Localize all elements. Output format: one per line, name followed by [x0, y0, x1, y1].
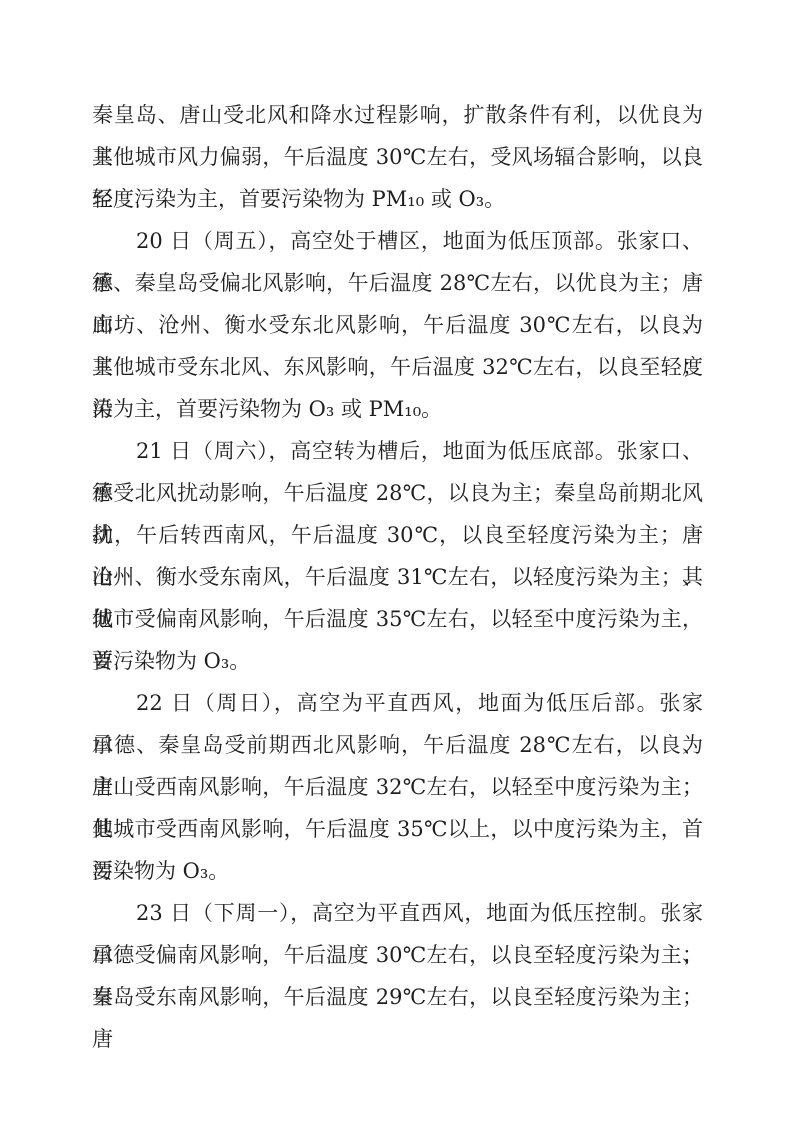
text-line: 承德受偏南风影响，午后温度 30℃左右，以良至轻度污染为主；秦	[92, 934, 703, 976]
text-line: 23 日（下周一），高空为平直西风，地面为低压控制。张家口、	[92, 892, 703, 934]
text-line: 他城市受西南风影响，午后温度 35℃以上，以中度污染为主，首要	[92, 808, 703, 850]
text-line: 唐山受西南风影响，午后温度 32℃左右，以轻至中度污染为主；其	[92, 766, 703, 808]
text-line: 皇岛受东南风影响，午后温度 29℃左右，以良至轻度污染为主；唐	[92, 976, 703, 1018]
text-line: 要污染物为 O₃。	[92, 640, 703, 682]
text-line: 其他城市受东北风、东风影响，午后温度 32℃左右，以良至轻度污	[92, 346, 703, 388]
paragraph: 22 日（周日），高空为平直西风，地面为低压后部。张家口、承德、秦皇岛受前期西北…	[92, 682, 703, 892]
text-line: 污染物为 O₃。	[92, 850, 703, 892]
text-line: 德、秦皇岛受偏北风影响，午后温度 28℃左右，以优良为主；唐山、	[92, 262, 703, 304]
document-body: 秦皇岛、唐山受北风和降水过程影响，扩散条件有利，以优良为主；其他城市风力偏弱，午…	[92, 94, 703, 1018]
paragraph: 21 日（周六），高空转为槽后，地面为低压底部。张家口、承德受北风扰动影响，午后…	[92, 430, 703, 682]
text-line: 廊坊、沧州、衡水受东北风影响，午后温度 30℃左右，以良为主；	[92, 304, 703, 346]
text-line: 21 日（周六），高空转为槽后，地面为低压底部。张家口、承	[92, 430, 703, 472]
document-page: 秦皇岛、唐山受北风和降水过程影响，扩散条件有利，以优良为主；其他城市风力偏弱，午…	[0, 0, 793, 1122]
paragraph: 秦皇岛、唐山受北风和降水过程影响，扩散条件有利，以优良为主；其他城市风力偏弱，午…	[92, 94, 703, 220]
text-line: 德受北风扰动影响，午后温度 28℃，以良为主；秦皇岛前期北风扰	[92, 472, 703, 514]
text-line: 承德、秦皇岛受前期西北风影响，午后温度 28℃左右，以良为主；	[92, 724, 703, 766]
text-line: 22 日（周日），高空为平直西风，地面为低压后部。张家口、	[92, 682, 703, 724]
text-line: 秦皇岛、唐山受北风和降水过程影响，扩散条件有利，以优良为主；	[92, 94, 703, 136]
paragraph: 20 日（周五），高空处于槽区，地面为低压顶部。张家口、承德、秦皇岛受偏北风影响…	[92, 220, 703, 430]
text-line: 城市受偏南风影响，午后温度 35℃左右，以轻至中度污染为主，首	[92, 598, 703, 640]
paragraph: 23 日（下周一），高空为平直西风，地面为低压控制。张家口、承德受偏南风影响，午…	[92, 892, 703, 1018]
text-line: 染为主，首要污染物为 O₃ 或 PM₁₀。	[92, 388, 703, 430]
text-line: 20 日（周五），高空处于槽区，地面为低压顶部。张家口、承	[92, 220, 703, 262]
text-line: 沧州、衡水受东南风，午后温度 31℃左右，以轻度污染为主；其他	[92, 556, 703, 598]
text-line: 轻度污染为主，首要污染物为 PM₁₀ 或 O₃。	[92, 178, 703, 220]
text-line: 其他城市风力偏弱，午后温度 30℃左右，受风场辐合影响，以良至	[92, 136, 703, 178]
text-line: 动，午后转西南风，午后温度 30℃，以良至轻度污染为主；唐山、	[92, 514, 703, 556]
